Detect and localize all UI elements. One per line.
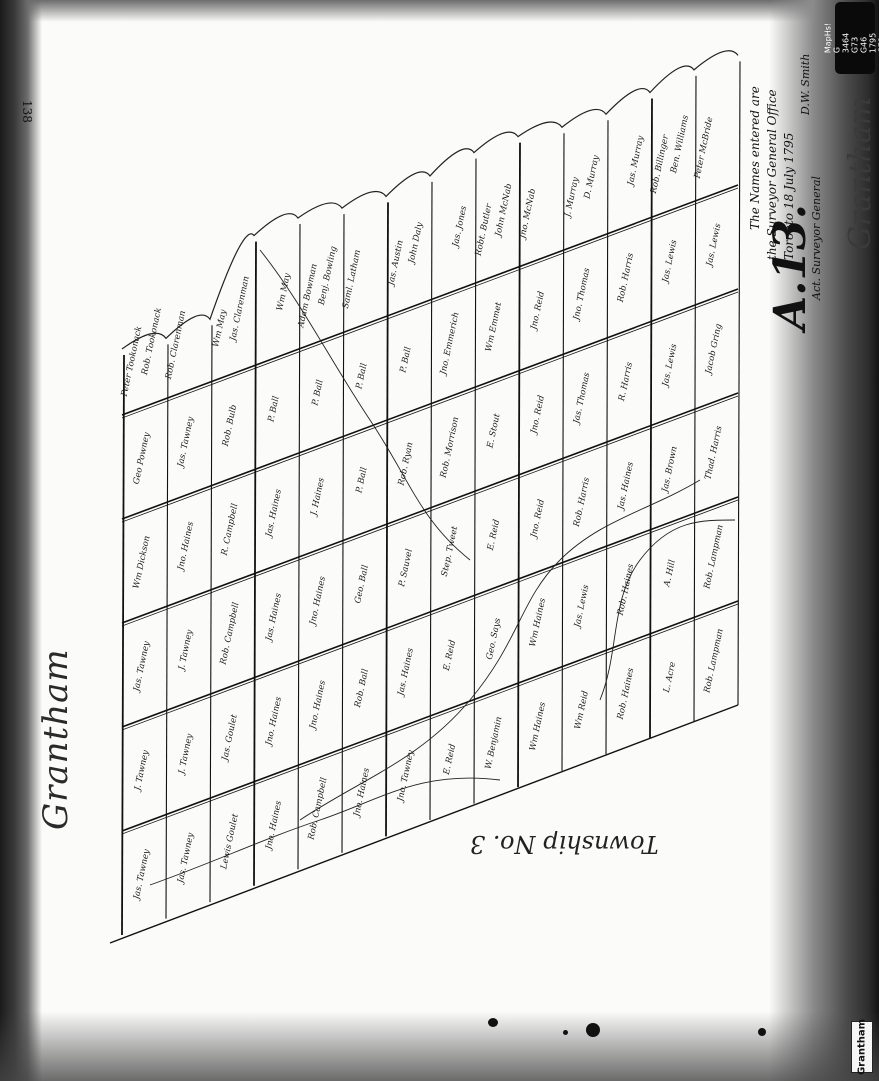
call-number-text: MapHs! G 3464 G73 G46 1795 G73 <box>824 23 879 53</box>
lot-owner-name: Jas. Lewis <box>572 583 591 630</box>
lot-owner-name: Jno. Tawney <box>395 749 416 804</box>
lot-owner-name: J. Tawney <box>176 733 195 777</box>
lot-owner-name: Jno. Haines <box>264 695 285 748</box>
township-label: Township No. 3 <box>470 830 659 858</box>
lot-owner-name: John McNab <box>493 183 514 239</box>
lot-owner-name: Jas. Tawney <box>131 848 152 902</box>
lot-owner-name: Rob. Campbell <box>218 601 241 666</box>
lot-owner-name: Rob. Clarenman <box>164 310 189 381</box>
certification-note-line: The Names entered are <box>748 86 762 230</box>
lot-owner-name: Rob. Haines <box>615 666 636 721</box>
library-call-number-label: MapHs! G 3464 G73 G46 1795 G73 <box>835 2 875 74</box>
lot-owner-name: Jas. Haines <box>396 647 416 699</box>
lot-owner-name: Geo. Ball <box>353 564 371 604</box>
lot-owner-name: Jno. Reid <box>529 290 547 333</box>
lot-owner-name: Thad. Harris <box>703 424 724 480</box>
lot-owner-name: P. Sauvel <box>397 548 415 589</box>
lot-owner-name: Geo Powney <box>132 431 153 485</box>
lot-owner-name: Jno. Reid <box>529 498 547 541</box>
lot-owner-name: Jas. Brown <box>660 445 680 494</box>
lot-owner-name: J. Murray <box>563 176 582 220</box>
lot-owner-name: Jas. Lewis <box>660 238 679 285</box>
lot-owner-name: Wm Haines <box>528 701 548 752</box>
lot-owner-name: Rob. Lampman <box>702 524 726 591</box>
lot-owner-name: P. Ball <box>398 346 413 375</box>
lot-owner-name: Rob. Bulb <box>221 404 240 448</box>
lot-owner-name: Rob. Lampman <box>702 628 726 695</box>
lot-owner-name: Wm Dickson <box>132 535 153 590</box>
lot-owner-name: Jas. Tawney <box>131 640 152 694</box>
lot-owner-name: D. Murray <box>582 154 601 200</box>
lot-owner-name: Jas. Tawney <box>175 416 196 470</box>
lot-owner-name: Jno. Reid <box>529 394 547 437</box>
lot-owner-name: Jas. Lewis <box>704 222 723 269</box>
lot-owner-name: L. Acre <box>662 661 678 694</box>
map-title-left: Grantham <box>36 648 76 830</box>
lot-owner-name: Rob. Morrison <box>439 416 462 480</box>
lot-owner-name: Rob. Ball <box>353 668 371 710</box>
lot-owner-name: Rob. Harris <box>572 476 593 529</box>
lot-owner-name: Rob. Ryan <box>396 441 415 487</box>
lot-owner-name: Rob. Harris <box>616 252 637 305</box>
lot-owner-name: Step. Tweet <box>440 525 461 578</box>
lot-owner-name: Jas. Clarenman <box>228 275 252 343</box>
lot-owner-name: Rob. Tookonack <box>140 307 164 377</box>
lot-owner-name: Jas. Thomas <box>571 371 592 427</box>
page-number: 138 <box>20 100 34 123</box>
lot-owner-name: E. Reid <box>442 639 459 673</box>
lot-owner-name: P. Ball <box>354 466 369 495</box>
certification-note-line: the Surveyor General Office <box>765 89 779 260</box>
lot-owner-name: W. Benjamin <box>484 716 505 770</box>
lot-owner-name: E. Reid <box>486 518 503 552</box>
lot-owner-name: Jno. Haines <box>352 766 373 819</box>
map-title-right: Grantham <box>843 97 878 250</box>
lot-owner-name: Wm Haines <box>528 597 548 648</box>
lot-owner-name: John Daly <box>406 221 425 266</box>
lot-owner-name: Jas. Goulet <box>220 713 240 763</box>
edge-stamp-text: Grantham <box>857 1019 868 1075</box>
lot-owner-name: Jno. Haines <box>264 799 285 852</box>
lot-owner-name: E. Reid <box>442 743 459 777</box>
lot-owner-name: Jno. Haines <box>308 679 329 732</box>
certification-signature: D.W. Smith <box>799 54 812 115</box>
lot-owner-name: Lewis Goulet <box>219 812 241 871</box>
lot-owner-name: R. Campbell <box>219 502 240 557</box>
lot-owner-name: Wm May <box>211 309 229 349</box>
lot-owner-name: Jacob Gring <box>703 322 724 376</box>
lot-owner-name: Jas. Murray <box>625 135 646 189</box>
lot-owner-name: Jno. Emmerich <box>438 311 461 377</box>
lot-owner-name: J. Haines <box>309 476 327 518</box>
lot-owner-name: Rob. Haines <box>615 562 636 617</box>
lot-owner-name: Jas. Haines <box>616 460 636 512</box>
lot-owner-name: A. Hill <box>662 559 678 589</box>
lot-owner-name: Wm Emmet <box>484 301 504 353</box>
lot-owner-name: P. Ball <box>266 395 281 424</box>
lot-owner-name: Jas. Jones <box>450 204 469 249</box>
lot-owner-name: Jas. Haines <box>264 488 284 540</box>
lot-owner-name: Rob. Campbell <box>306 776 329 841</box>
lot-owner-name: Jno. Haines <box>308 575 329 628</box>
lot-owner-name: Jas. Austin <box>386 239 406 288</box>
lot-owner-name: Jas. Haines <box>264 592 284 644</box>
lot-owner-name: P. Ball <box>354 362 369 391</box>
lot-owner-name: J. Tawney <box>132 749 151 793</box>
lot-owner-name: Ben. Williams <box>669 114 691 175</box>
lot-owner-name: R. Harris <box>617 361 635 403</box>
edge-stamp: Grantham <box>851 1021 873 1073</box>
certification-note-line: Toronto 18 July 1795 <box>782 133 796 260</box>
lot-owner-name: Jas. Tawney <box>175 832 196 886</box>
lot-owner-name: Jno. Haines <box>176 520 197 573</box>
lot-owner-name: Jno. Thomas <box>571 267 592 324</box>
map-sheet: Jas. TawneyJ. TawneyJas. TawneyWm Dickso… <box>0 0 879 1081</box>
lot-owner-name: P. Ball <box>310 379 325 408</box>
lot-owner-name: J. Tawney <box>176 629 195 673</box>
lot-owner-name: Jas. Lewis <box>660 342 679 389</box>
lot-owner-name: Robt. Butler <box>473 202 494 258</box>
lot-owner-name: Benj. Bowling <box>317 245 340 307</box>
certification-title: Act. Surveyor General <box>810 176 823 300</box>
lot-owner-name: Wm Reid <box>573 689 591 730</box>
lot-owner-name: Geo. Says <box>485 617 504 661</box>
lot-owner-name: E. Stout <box>485 412 502 450</box>
